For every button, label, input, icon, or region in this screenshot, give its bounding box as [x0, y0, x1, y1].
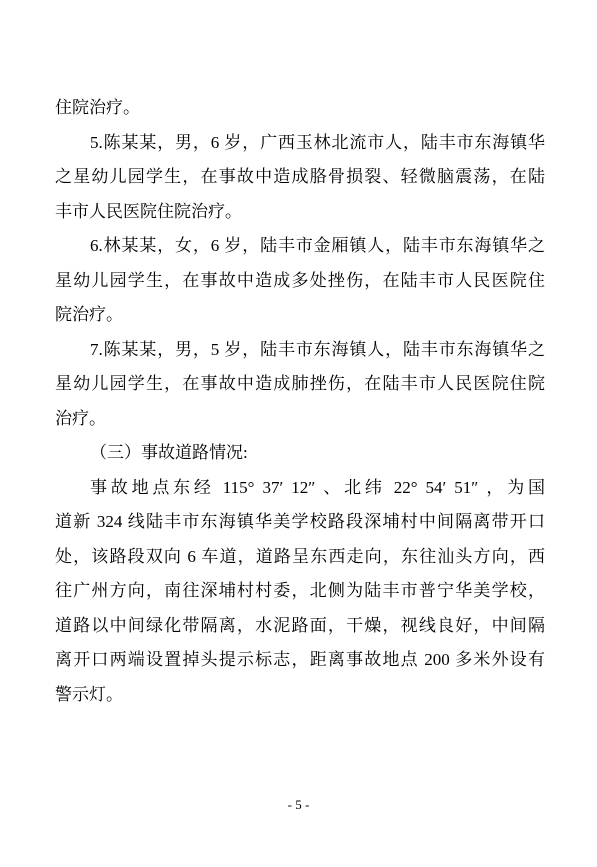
section-heading-line: （三）事故道路情况: — [55, 436, 545, 471]
section-heading-road-conditions: （三）事故道路情况: — [55, 436, 545, 471]
body-line: 星幼儿园学生，在事故中造成肺挫伤，在陆丰市人民医院住院 — [55, 367, 545, 402]
body-line: 星幼儿园学生，在事故中造成多处挫伤，在陆丰市人民医院住 — [55, 264, 545, 299]
body-line: 道新 324 线陆丰市东海镇华美学校路段深埔村中间隔离带开口 — [55, 505, 545, 540]
body-line: 7.陈某某，男，5 岁，陆丰市东海镇人，陆丰市东海镇华之 — [55, 333, 545, 368]
paragraph-victim-5: 5.陈某某，男，6 岁，广西玉林北流市人，陆丰市东海镇华 之星幼儿园学生，在事故… — [55, 126, 545, 230]
body-line: 离开口两端设置掉头提示标志，距离事故地点 200 多米外设有 — [55, 643, 545, 678]
paragraph-victim-7: 7.陈某某，男，5 岁，陆丰市东海镇人，陆丰市东海镇华之 星幼儿园学生，在事故中… — [55, 333, 545, 437]
body-line: 道路以中间绿化带隔离，水泥路面，干燥，视线良好，中间隔 — [55, 609, 545, 644]
body-line: 5.陈某某，男，6 岁，广西玉林北流市人，陆丰市东海镇华 — [55, 126, 545, 161]
body-line: 事故地点东经 115° 37′ 12″ 、北纬 22° 54′ 51″ ，为国 — [55, 471, 545, 506]
body-line: 之星幼儿园学生，在事故中造成胳骨损裂、轻微脑震荡，在陆 — [55, 160, 545, 195]
body-line: 丰市人民医院住院治疗。 — [55, 195, 545, 230]
body-line: 处，该路段双向 6 车道，道路呈东西走向，东往汕头方向，西 — [55, 540, 545, 575]
paragraph-continuation: 住院治疗。 — [55, 91, 545, 126]
document-body: 住院治疗。 5.陈某某，男，6 岁，广西玉林北流市人，陆丰市东海镇华 之星幼儿园… — [55, 91, 545, 712]
document-page: 住院治疗。 5.陈某某，男，6 岁，广西玉林北流市人，陆丰市东海镇华 之星幼儿园… — [0, 0, 597, 867]
body-line: 警示灯。 — [55, 678, 545, 713]
paragraph-road-description: 事故地点东经 115° 37′ 12″ 、北纬 22° 54′ 51″ ，为国 … — [55, 471, 545, 713]
body-line: 6.林某某，女，6 岁，陆丰市金厢镇人，陆丰市东海镇华之 — [55, 229, 545, 264]
body-line: 院治疗。 — [55, 298, 545, 333]
body-line: 往广州方向，南往深埔村村委，北侧为陆丰市普宁华美学校， — [55, 574, 545, 609]
body-line: 住院治疗。 — [55, 91, 545, 126]
body-line: 治疗。 — [55, 402, 545, 437]
page-number: - 5 - — [0, 797, 597, 813]
paragraph-victim-6: 6.林某某，女，6 岁，陆丰市金厢镇人，陆丰市东海镇华之 星幼儿园学生，在事故中… — [55, 229, 545, 333]
